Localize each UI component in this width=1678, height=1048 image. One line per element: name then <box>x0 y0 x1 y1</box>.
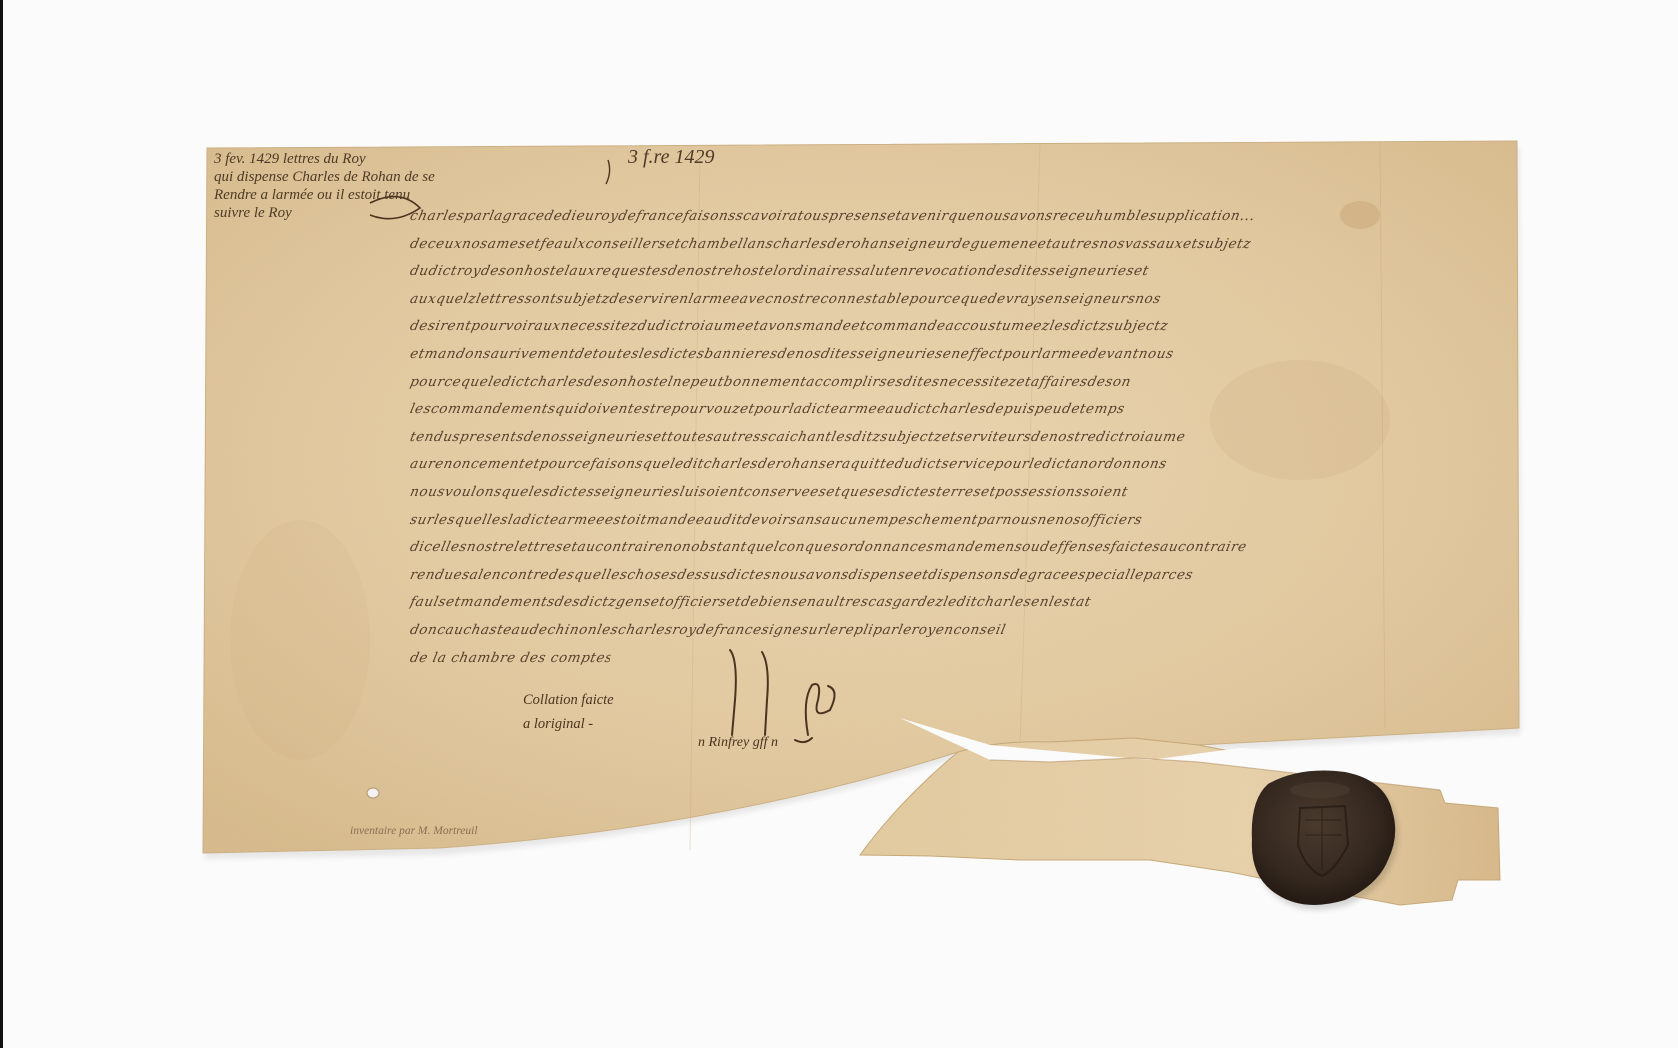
body-line: surlesquellesladictearmeeestoitmandeeaud… <box>407 507 1413 535</box>
body-line: faulsetmandementsdesdictzgensetofficiers… <box>407 589 1413 617</box>
charter-body-text: charlesparlagracededieuroydefrancefaison… <box>410 203 1410 672</box>
body-line: auxquelzlettressontsubjetzdeservirenlarm… <box>407 286 1413 314</box>
body-line: dudictroydesonhostelauxrequestesdenostre… <box>407 258 1413 286</box>
body-line: desirentpourvoirauxnecessitezdudictroiau… <box>407 313 1413 341</box>
body-line: doncauchasteaudechinonlescharlesroydefra… <box>407 617 1153 645</box>
body-line: de la chambre des comptes <box>407 645 613 673</box>
body-line: deceuxnosamesetfeaulxconseillersetchambe… <box>407 231 1413 259</box>
margin-note-line: suivre le Roy <box>214 204 435 222</box>
margin-note-line: Rendre a larmée ou il estoit tenu <box>214 186 435 204</box>
archive-pencil-note: inventaire par M. Mortreuil <box>350 825 478 837</box>
body-line: aurenoncementetpourcefaisonsqueleditchar… <box>407 451 1413 479</box>
body-line: nousvoulonsquelesdictesseigneuriesluisoi… <box>407 479 1413 507</box>
body-line: pourcequeledictcharlesdesonhostelnepeutb… <box>407 369 1413 397</box>
body-line: charlesparlagracededieuroydefrancefaison… <box>407 203 1413 231</box>
margin-note-line: qui dispense Charles de Rohan de se <box>214 168 435 186</box>
body-line: renduesalencontredesquelleschosesdessusd… <box>407 562 1413 590</box>
body-line: tenduspresentsdenosseigneuriesettoutesau… <box>407 424 1413 452</box>
body-line: etmandonsaurivementdetouteslesdictesbann… <box>407 341 1413 369</box>
collation-line: a loriginal - <box>523 712 614 736</box>
top-date: 3 f.re 1429 <box>628 146 714 169</box>
body-line: lescommandementsquidoiventestrepourvouze… <box>407 396 1413 424</box>
collation-note: Collation faicte a loriginal - <box>523 688 614 736</box>
parchment-hole <box>367 788 379 798</box>
secretary-signature: n Rinfrey gff n <box>698 735 778 751</box>
margin-note-line: 3 fev. 1429 lettres du Roy <box>214 150 435 168</box>
margin-annotation: 3 fev. 1429 lettres du Roy qui dispense … <box>214 150 435 222</box>
document-photograph: 3 fev. 1429 lettres du Roy qui dispense … <box>0 0 1678 1048</box>
body-line: dicellesnostrelettresetaucontrairenonobs… <box>407 534 1413 562</box>
collation-line: Collation faicte <box>523 688 614 712</box>
